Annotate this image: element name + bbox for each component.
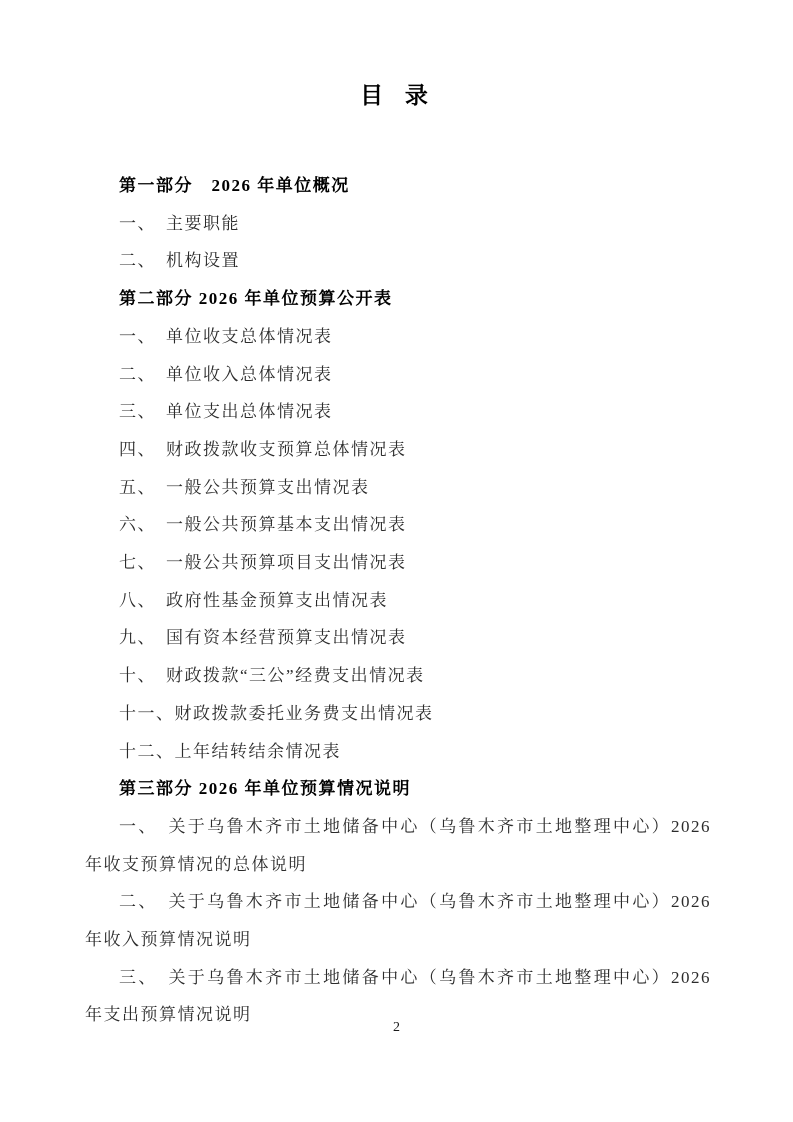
toc-item: 三、 单位支出总体情况表 (85, 393, 711, 431)
toc-item: 七、 一般公共预算项目支出情况表 (85, 544, 711, 582)
toc-item: 九、 国有资本经营预算支出情况表 (85, 619, 711, 657)
document-page: 目 录 第一部分 2026 年单位概况 一、 主要职能 二、 机构设置 第二部分… (0, 0, 793, 1122)
page-content: 目 录 第一部分 2026 年单位概况 一、 主要职能 二、 机构设置 第二部分… (85, 83, 711, 1034)
toc-item: 五、 一般公共预算支出情况表 (85, 469, 711, 507)
section-heading-part3: 第三部分 2026 年单位预算情况说明 (85, 770, 711, 808)
page-title: 目 录 (85, 83, 711, 109)
toc-item: 二、 关于乌鲁木齐市土地储备中心（乌鲁木齐市土地整理中心）2026 年收入预算情… (85, 883, 711, 958)
toc-item: 十、 财政拨款“三公”经费支出情况表 (85, 657, 711, 695)
toc-item: 六、 一般公共预算基本支出情况表 (85, 506, 711, 544)
toc-item: 四、 财政拨款收支预算总体情况表 (85, 431, 711, 469)
toc-item: 一、 关于乌鲁木齐市土地储备中心（乌鲁木齐市土地整理中心）2026 年收支预算情… (85, 808, 711, 883)
toc-item: 八、 政府性基金预算支出情况表 (85, 582, 711, 620)
section-heading-part2: 第二部分 2026 年单位预算公开表 (85, 280, 711, 318)
toc-item: 十一、财政拨款委托业务费支出情况表 (85, 695, 711, 733)
toc-item: 一、 主要职能 (85, 205, 711, 243)
page-number: 2 (0, 1020, 793, 1036)
table-of-contents: 第一部分 2026 年单位概况 一、 主要职能 二、 机构设置 第二部分 202… (85, 167, 711, 1034)
toc-item: 一、 单位收支总体情况表 (85, 318, 711, 356)
toc-item: 二、 单位收入总体情况表 (85, 356, 711, 394)
toc-item: 十二、上年结转结余情况表 (85, 733, 711, 771)
toc-item: 二、 机构设置 (85, 242, 711, 280)
section-heading-part1: 第一部分 2026 年单位概况 (85, 167, 711, 205)
